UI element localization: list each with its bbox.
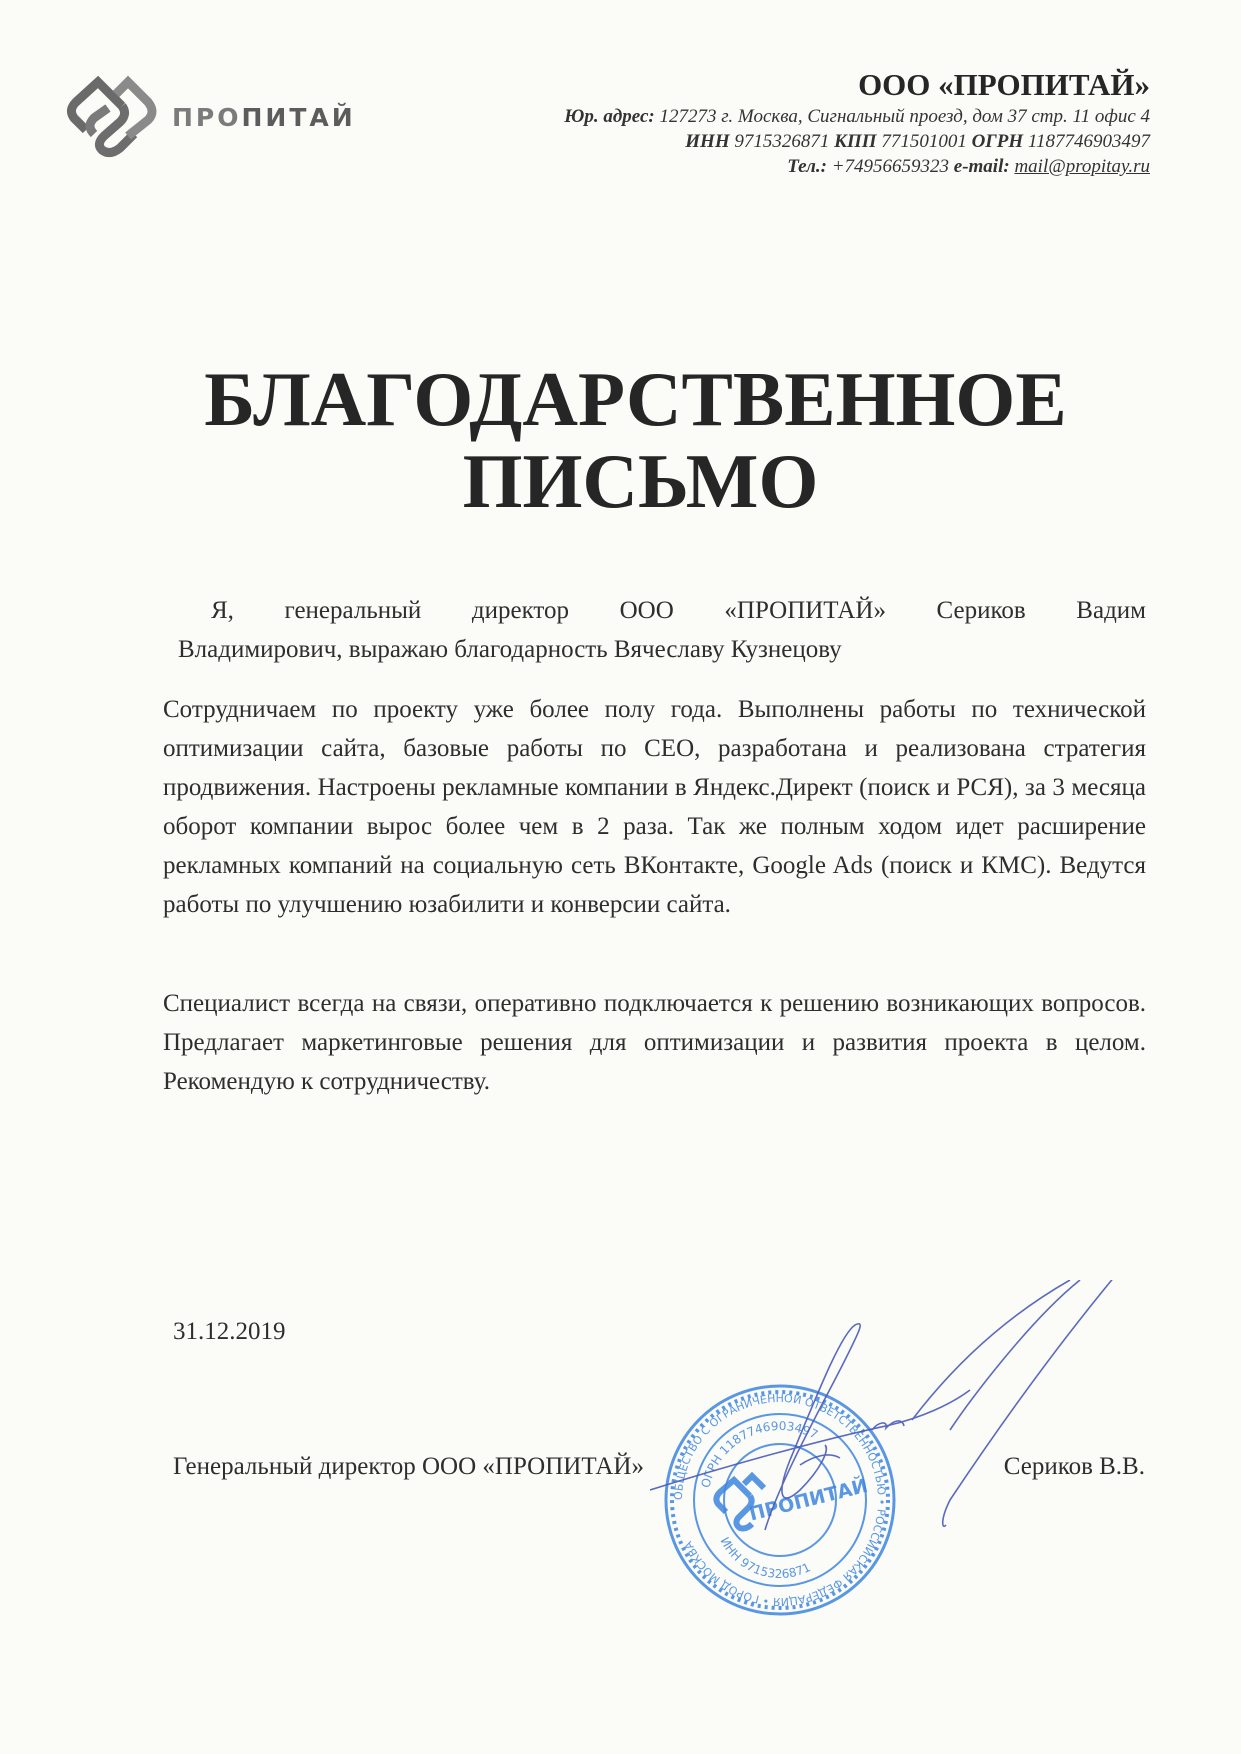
title-line-2: ПИСЬМО xyxy=(0,440,1241,522)
company-name: ООО «ПРОПИТАЙ» xyxy=(564,66,1150,104)
legal-address: Юр. адрес: 127273 г. Москва, Сигнальный … xyxy=(564,104,1150,129)
document-date: 31.12.2019 xyxy=(173,1318,286,1346)
ogrn-value: 1187746903497 xyxy=(1028,131,1150,152)
ogrn-label: ОГРН xyxy=(972,131,1024,152)
address-value: 127273 г. Москва, Сигнальный проезд, дом… xyxy=(659,106,1150,127)
stamp-inn-text: ИНН 9715326871 xyxy=(718,1535,813,1581)
paragraph-intro: Я, генеральный директор ООО «ПРОПИТАЙ» С… xyxy=(178,591,1146,669)
title-line-1: БЛАГОДАРСТВЕННОЕ xyxy=(0,358,1241,440)
logo-text-dark: ПИТАЙ xyxy=(242,103,356,132)
stamp-ogrn-text: ОГРН 1187746903497 xyxy=(698,1419,820,1489)
phone-value: +74956659323 xyxy=(832,156,949,177)
document-title: БЛАГОДАРСТВЕННОЕ ПИСЬМО xyxy=(0,358,1241,522)
company-stamp: ОБЩЕСТВО С ОГРАНИЧЕННОЙ ОТВЕТСТВЕННОСТЬЮ… xyxy=(660,1380,900,1620)
propitay-logo-icon xyxy=(64,72,164,158)
email-link[interactable]: mail@propitay.ru xyxy=(1014,156,1150,177)
inn-value: 9715326871 xyxy=(734,131,829,152)
address-label: Юр. адрес: xyxy=(564,106,654,127)
intro-line-1: Я, генеральный директор ООО «ПРОПИТАЙ» С… xyxy=(178,591,1146,630)
paragraph-recommendation: Специалист всегда на связи, оперативно п… xyxy=(163,984,1146,1101)
logo-text-light: ПРО xyxy=(172,103,242,132)
kpp-label: КПП xyxy=(834,131,876,152)
signer-name: Сериков В.В. xyxy=(1004,1453,1145,1481)
logo-wordmark: ПРОПИТАЙ xyxy=(172,103,356,132)
email-label: e-mail: xyxy=(954,156,1010,177)
svg-text:ОГРН 1187746903497: ОГРН 1187746903497 xyxy=(698,1419,820,1489)
intro-line-2: Владимирович, выражаю благодарность Вяче… xyxy=(178,636,842,663)
company-logo: ПРОПИТАЙ xyxy=(64,72,356,158)
signer-position: Генеральный директор ООО «ПРОПИТАЙ» xyxy=(173,1453,644,1481)
inn-label: ИНН xyxy=(685,131,729,152)
phone-label: Тел.: xyxy=(787,156,827,177)
contacts: Тел.: +74956659323 e-mail: mail@propitay… xyxy=(564,154,1150,179)
kpp-value: 771501001 xyxy=(881,131,967,152)
svg-text:ИНН 9715326871: ИНН 9715326871 xyxy=(718,1535,813,1581)
stamp-center-text: ПРОПИТАЙ xyxy=(747,1474,870,1526)
paragraph-work: Сотрудничаем по проекту уже более полу г… xyxy=(163,690,1146,924)
company-details: ООО «ПРОПИТАЙ» Юр. адрес: 127273 г. Моск… xyxy=(564,66,1150,179)
registration-codes: ИНН 9715326871 КПП 771501001 ОГРН 118774… xyxy=(564,129,1150,154)
